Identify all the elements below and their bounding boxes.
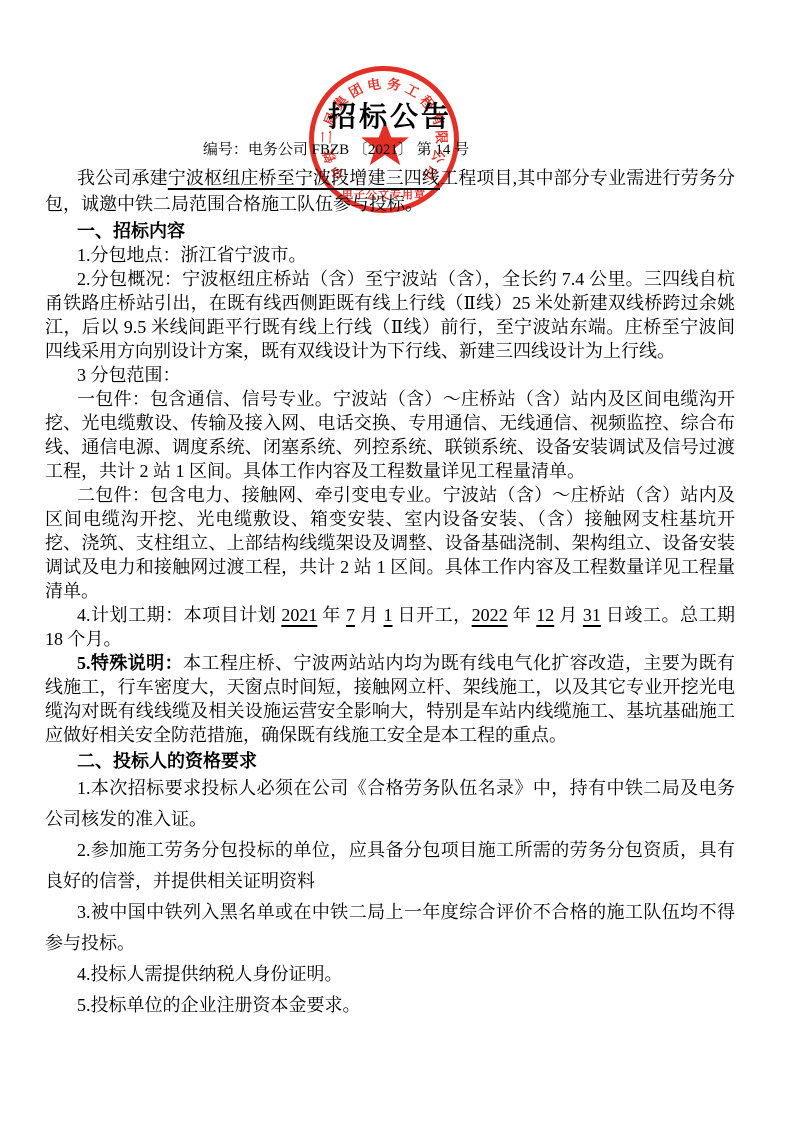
text-segment: 3 分包范围：: [77, 365, 181, 385]
text-segment: 二包件：包含电力、接触网、牵引变电专业。宁波站（含）～庄桥站（含）站内及区间电缆…: [45, 485, 735, 601]
paragraph: 3.被中国中铁列入黑名单或在中铁二局上一年度综合评价不合格的施工队伍均不得参与投…: [45, 897, 735, 959]
underlined-text: 2022: [472, 605, 508, 625]
paragraph: 二包件：包含电力、接触网、牵引变电专业。宁波站（含）～庄桥站（含）站内及区间电缆…: [45, 483, 735, 603]
bold-text: 一、招标内容: [77, 221, 185, 241]
paragraph: 4.投标人需提供纳税人身份证明。: [45, 959, 735, 990]
text-segment: 月: [355, 605, 384, 625]
text-segment: 1.分包地点：浙江省宁波市。: [77, 245, 307, 265]
underlined-text: 1: [384, 605, 393, 625]
paragraph: 一包件：包含通信、信号专业。宁波站（含）～庄桥站（含）站内及区间电缆沟开挖、光电…: [45, 387, 735, 483]
paragraph: 3 分包范围：: [45, 363, 735, 387]
underlined-text: 12: [536, 605, 554, 625]
page-title: 招标公告: [45, 102, 735, 134]
paragraph: 二、投标人的资格要求: [45, 749, 735, 773]
paragraph: 5.特殊说明：本工程庄桥、宁波两站站内均为既有线电气化扩容改造，主要为既有线施工…: [45, 651, 735, 747]
text-segment: 1.本次招标要求投标人必须在公司《合格劳务队伍名录》中，持有中铁二局及电务公司核…: [45, 778, 735, 829]
underlined-text: 宁波枢纽庄桥至宁波段增建三四线: [168, 168, 440, 188]
paragraph: 4.计划工期：本项目计划 2021 年 7 月 1 日开工，2022 年 12 …: [45, 603, 735, 651]
text-segment: 2.参加施工劳务分包投标的单位，应具备分包项目施工所需的劳务分包资质，具有良好的…: [45, 840, 735, 891]
bold-text: 5.特殊说明：: [77, 653, 183, 673]
text-segment: 月: [554, 605, 583, 625]
document-body: 我公司承建宁波枢纽庄桥至宁波段增建三四线工程项目,其中部分专业需进行劳务分包，诚…: [45, 165, 735, 1021]
text-segment: 年: [317, 605, 346, 625]
bold-text: 二、投标人的资格要求: [77, 751, 257, 771]
text-segment: 日开工，: [393, 605, 472, 625]
paragraph: 我公司承建宁波枢纽庄桥至宁波段增建三四线工程项目,其中部分专业需进行劳务分包，诚…: [45, 165, 735, 217]
text-segment: 3.被中国中铁列入黑名单或在中铁二局上一年度综合评价不合格的施工队伍均不得参与投…: [45, 902, 735, 953]
paragraph: 1.本次招标要求投标人必须在公司《合格劳务队伍名录》中，持有中铁二局及电务公司核…: [45, 773, 735, 835]
text-segment: 4.计划工期：本项目计划: [77, 605, 281, 625]
document-page: 招标公告 编号：电务公司 FBZB 〔2021〕 第 14 号 我公司承建宁波枢…: [0, 0, 794, 1123]
underlined-text: 7: [346, 605, 355, 625]
underlined-text: 31: [583, 605, 601, 625]
document-content: 招标公告 编号：电务公司 FBZB 〔2021〕 第 14 号 我公司承建宁波枢…: [45, 0, 735, 1021]
text-segment: 一包件：包含通信、信号专业。宁波站（含）～庄桥站（含）站内及区间电缆沟开挖、光电…: [45, 389, 735, 481]
text-segment: 5.投标单位的企业注册资本金要求。: [77, 995, 361, 1015]
paragraph: 一、招标内容: [45, 219, 735, 243]
paragraph: 2.分包概况：宁波枢纽庄桥站（含）至宁波站（含），全长约 7.4 公里。三四线自…: [45, 267, 735, 363]
paragraph: 2.参加施工劳务分包投标的单位，应具备分包项目施工所需的劳务分包资质，具有良好的…: [45, 835, 735, 897]
paragraph: 1.分包地点：浙江省宁波市。: [45, 243, 735, 267]
text-segment: 年: [508, 605, 537, 625]
underlined-text: 2021: [281, 605, 317, 625]
paragraph: 5.投标单位的企业注册资本金要求。: [45, 990, 735, 1021]
text-segment: 2.分包概况：宁波枢纽庄桥站（含）至宁波站（含），全长约 7.4 公里。三四线自…: [45, 269, 735, 361]
text-segment: 4.投标人需提供纳税人身份证明。: [77, 964, 343, 984]
text-segment: 我公司承建: [77, 168, 168, 188]
doc-number: 编号：电务公司 FBZB 〔2021〕 第 14 号: [0, 141, 681, 159]
